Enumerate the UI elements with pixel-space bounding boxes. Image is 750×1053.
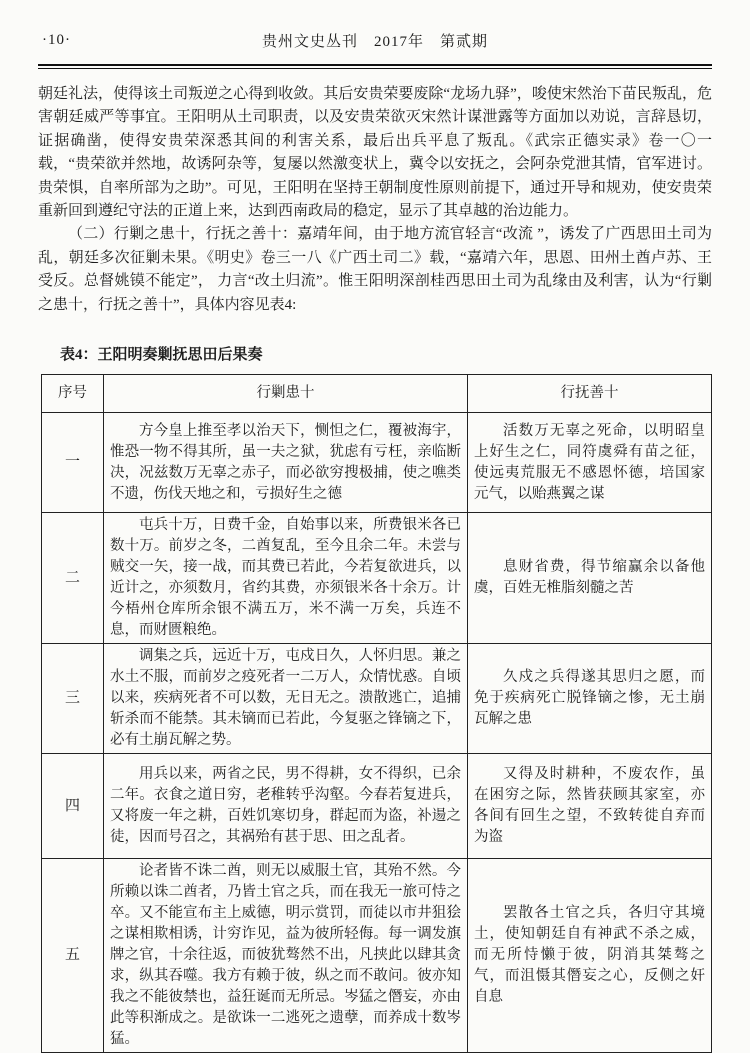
page-header: ·10· 贵州文史丛刊 2017年 第贰期: [38, 30, 712, 56]
harm-cell-text: 方今皇上推至孝以治天下，恻怛之仁，覆被海宇，惟恐一物不得其所，虽一夫之狱，犹虑有…: [110, 421, 461, 505]
table-header-row: 序号 行剿患十 行抚善十: [42, 375, 712, 413]
good-cell-text: 罢散各土官之兵，各归守其境土，使知朝廷自有神武不杀之威，而无所恃懒于彼，阴消其桀…: [474, 903, 705, 1008]
good-cell-text: 活数万无辜之死命，以明昭皇上好生之仁，同符虞舜有苗之征，使远夷荒服无不感恩怀德，…: [474, 421, 705, 505]
good-cell-text: 久戍之兵得遂其思归之愿，而免于疾病死亡脱锋镝之惨，无土崩瓦解之患: [474, 667, 705, 730]
row-serial: 一: [42, 413, 104, 513]
header-double-rule: [38, 64, 712, 69]
row-serial: 四: [42, 754, 104, 859]
column-header-serial: 序号: [42, 375, 104, 413]
harm-cell-text: 论者皆不诛二酋，则无以威服土官，其殆不然。今所赖以诛二酋者，乃皆土官之兵，而在我…: [110, 861, 461, 1050]
journal-title: 贵州文史丛刊 2017年 第贰期: [38, 30, 712, 51]
column-header-harm: 行剿患十: [104, 375, 468, 413]
table-caption: 表4：王阳明奏剿抚思田后果奏: [60, 343, 712, 364]
table-row: 二 屯兵十万，日费千金，自始事以来，所费银米各已数十万。前岁之冬，二酋复乱，至今…: [42, 513, 712, 644]
row-serial: 五: [42, 859, 104, 1053]
body-text: 朝廷礼法，使得该土司叛逆之心得到收敛。其后安贵荣要废除“龙场九驿”，唆使宋然治下…: [38, 83, 712, 317]
table-row: 四 用兵以来，两省之民，男不得耕，女不得织，已余二年。衣食之道日穷，老稚转乎沟壑…: [42, 754, 712, 859]
harm-cell-text: 屯兵十万，日费千金，自始事以来，所费银米各已数十万。前岁之冬，二酋复乱，至今且余…: [110, 515, 461, 641]
table-row: 五 论者皆不诛二酋，则无以威服土官，其殆不然。今所赖以诛二酋者，乃皆土官之兵，而…: [42, 859, 712, 1053]
page-number: ·10·: [42, 32, 71, 49]
table-4: 序号 行剿患十 行抚善十 一 方今皇上推至孝以治天下，恻怛之仁，覆被海宇，惟恐一…: [41, 374, 712, 1053]
row-serial: 三: [42, 644, 104, 754]
table-row: 一 方今皇上推至孝以治天下，恻怛之仁，覆被海宇，惟恐一物不得其所，虽一夫之狱，犹…: [42, 413, 712, 513]
good-cell-text: 息财省费，得节缩赢余以备他虞，百姓无椎脂刻髓之苦: [474, 557, 705, 599]
harm-cell-text: 调集之兵，远近十万，屯戍日久，人怀归思。兼之水土不服，而前岁之疫死者一二万人，众…: [110, 646, 461, 751]
journal-page: ·10· 贵州文史丛刊 2017年 第贰期 朝廷礼法，使得该土司叛逆之心得到收敛…: [0, 0, 750, 1000]
row-serial: 二: [42, 513, 104, 644]
paragraph-continued: 朝廷礼法，使得该土司叛逆之心得到收敛。其后安贵荣要废除“龙场九驿”，唆使宋然治下…: [38, 83, 712, 223]
harm-cell-text: 用兵以来，两省之民，男不得耕，女不得织，已余二年。衣食之道日穷，老稚转乎沟壑。今…: [110, 764, 461, 848]
good-cell-text: 又得及时耕种，不废农作，虽在困穷之际，然皆获顾其家室，亦各间有回生之望，不致转徙…: [474, 764, 705, 848]
column-header-good: 行抚善十: [468, 375, 712, 413]
table-row: 三 调集之兵，远近十万，屯戍日久，人怀归思。兼之水土不服，而前岁之疫死者一二万人…: [42, 644, 712, 754]
paragraph-section-two: （二）行剿之患十，行抚之善十：嘉靖年间，由于地方流官轻言“改流 ”，诱发了广西思…: [38, 223, 712, 317]
